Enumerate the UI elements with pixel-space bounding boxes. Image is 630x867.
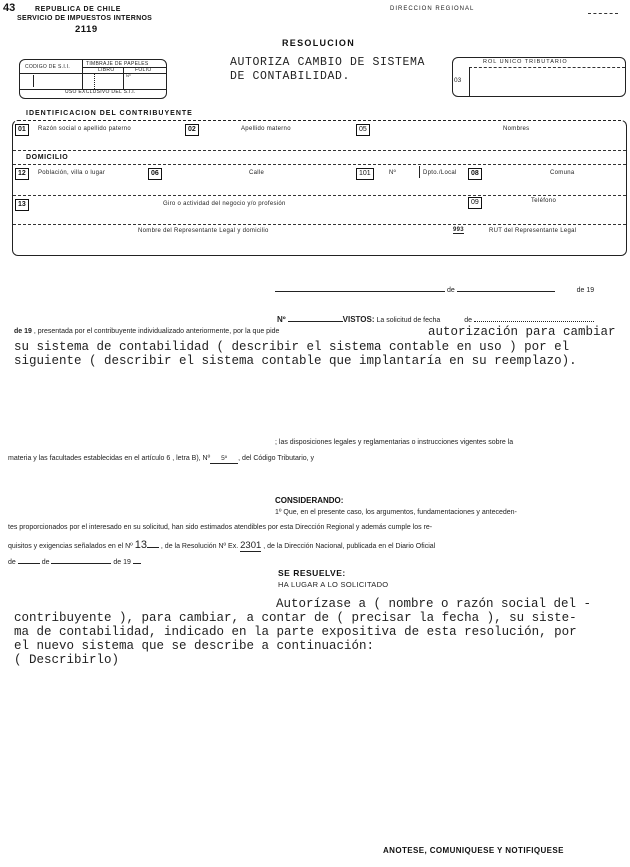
subject-line-2: DE CONTABILIDAD. bbox=[230, 70, 350, 83]
divider bbox=[13, 224, 626, 225]
divider bbox=[94, 73, 95, 89]
subject-line-1: AUTORIZA CAMBIO DE SISTEMA bbox=[230, 56, 425, 69]
divider bbox=[469, 67, 470, 96]
commune-label: Comuna bbox=[550, 170, 574, 176]
considerando-title: CONSIDERANDO: bbox=[275, 496, 343, 505]
document-title: RESOLUCION bbox=[282, 38, 355, 48]
phone-input[interactable] bbox=[493, 211, 618, 223]
typed-resuelve-1: Autorízase a ( nombre o razón social del… bbox=[276, 597, 591, 611]
vistos-line-2: de 19 , presentada por el contribuyente … bbox=[14, 328, 279, 335]
national-direction-text: , de la Dirección Nacional, publicada en… bbox=[263, 543, 435, 550]
number-label: Nº bbox=[389, 170, 396, 176]
field-code-06: 06 bbox=[148, 168, 162, 180]
form-number: 2119 bbox=[75, 24, 98, 35]
regional-office-label: DIRECCION REGIONAL bbox=[390, 6, 474, 12]
date-year-label: de 19 bbox=[577, 287, 595, 294]
phone-label: Teléfono bbox=[531, 198, 556, 204]
request-date-blank[interactable] bbox=[474, 313, 594, 322]
vistos-line2-text: , presentada por el contribuyente indivi… bbox=[34, 328, 280, 335]
typed-resuelve-3: ma de contabilidad, indicado en la parte… bbox=[14, 625, 577, 639]
mothers-surname-input[interactable] bbox=[208, 136, 353, 148]
nr-label: Nº bbox=[126, 73, 131, 78]
gazette-day-blank[interactable] bbox=[18, 555, 40, 564]
mothers-surname-label: Apellido materno bbox=[241, 126, 291, 132]
rut-input[interactable] bbox=[473, 70, 621, 92]
typed-resuelve-4: el nuevo sistema que se describe a conti… bbox=[14, 639, 374, 653]
divider bbox=[82, 67, 166, 68]
requirement-number: 13 bbox=[135, 539, 147, 551]
field-code-101: 101 bbox=[356, 168, 374, 180]
apartment-input[interactable] bbox=[423, 180, 465, 192]
vistos-de-label: de bbox=[464, 317, 472, 324]
taxpayer-section-title: IDENTIFICACION DEL CONTRIBUYENTE bbox=[26, 110, 193, 117]
resolution-number-blank[interactable] bbox=[288, 313, 343, 322]
domicile-title: DOMICILIO bbox=[26, 154, 68, 161]
field-code-13: 13 bbox=[15, 199, 29, 211]
field-code-02: 02 bbox=[185, 124, 199, 136]
vistos-title: VISTOS: bbox=[343, 315, 375, 324]
divider bbox=[13, 150, 626, 151]
divider bbox=[469, 67, 625, 68]
divider bbox=[419, 166, 420, 178]
gazette-de-label: de bbox=[8, 559, 16, 566]
surname-label: Razón social o apellido paterno bbox=[38, 126, 131, 132]
number-input[interactable] bbox=[378, 180, 418, 192]
business-activity-input[interactable] bbox=[33, 211, 463, 223]
blank bbox=[147, 539, 159, 548]
gazette-de-label-2: de bbox=[42, 559, 50, 566]
sii-code-label: CODIGO DE S.I.I. bbox=[25, 64, 70, 70]
closing-statement: ANOTESE, COMUNIQUESE Y NOTIFIQUESE bbox=[383, 846, 564, 855]
divider bbox=[123, 67, 124, 89]
locality-input[interactable] bbox=[33, 180, 143, 192]
legal-rep-input[interactable] bbox=[33, 238, 443, 252]
typed-resuelve-5: ( Describirlo) bbox=[14, 653, 119, 667]
locality-label: Población, villa o lugar bbox=[38, 170, 105, 176]
divider bbox=[82, 60, 83, 89]
vistos-year-label: de 19 bbox=[14, 328, 32, 335]
considerando-line-4: de de de 19 bbox=[8, 555, 141, 566]
place-day-blank[interactable] bbox=[275, 283, 445, 292]
date-de-label: de bbox=[447, 287, 455, 294]
street-label: Calle bbox=[249, 170, 264, 176]
legal-article-number: 5º bbox=[210, 455, 238, 464]
street-input[interactable] bbox=[168, 180, 353, 192]
rut-field-code: 03 bbox=[454, 77, 461, 84]
resolution-ex-number: 2301 bbox=[240, 540, 261, 552]
typed-vistos-1: autorización para cambiar bbox=[428, 325, 616, 339]
commune-input[interactable] bbox=[488, 180, 618, 192]
sii-exclusive-box: CODIGO DE S.I.I. TIMBRAJE DE PAPELES LIB… bbox=[19, 59, 167, 99]
field-code-12: 12 bbox=[15, 168, 29, 180]
vistos-text: La solicitud de fecha bbox=[376, 317, 440, 324]
surname-input[interactable] bbox=[33, 136, 183, 148]
considerando-line-2: tes proporcionados por el interesado en … bbox=[8, 524, 432, 531]
country-label: REPUBLICA DE CHILE bbox=[35, 6, 121, 13]
resolution-ref-text: , de la Resolución Nº Ex. bbox=[161, 543, 238, 550]
typed-vistos-3: siguiente ( describir el sistema contabl… bbox=[14, 354, 577, 368]
names-input[interactable] bbox=[378, 136, 618, 148]
business-activity-label: Giro o actividad del negocio y/o profesi… bbox=[163, 201, 286, 207]
agency-label: SERVICIO DE IMPUESTOS INTERNOS bbox=[17, 15, 152, 22]
legal-rep-label: Nombre del Representante Legal y domicil… bbox=[138, 228, 269, 234]
typed-vistos-2: su sistema de contabilidad ( describir e… bbox=[14, 340, 569, 354]
field-code-08: 08 bbox=[468, 168, 482, 180]
legal-rep-rut-input[interactable] bbox=[489, 238, 619, 252]
resolution-no-label: Nº bbox=[277, 315, 286, 324]
month-blank[interactable] bbox=[457, 283, 555, 292]
rut-box: ROL UNICO TRIBUTARIO 03 bbox=[452, 57, 626, 97]
legal-article-text: materia y las facultades establecidas en… bbox=[8, 455, 210, 462]
gazette-year-blank[interactable] bbox=[133, 555, 141, 564]
resuelve-subtitle: HA LUGAR A LO SOLICITADO bbox=[278, 580, 388, 589]
taxpayer-form: 01 Razón social o apellido paterno 02 Ap… bbox=[12, 120, 627, 256]
vistos-line: Nº VISTOS: La solicitud de fecha de bbox=[277, 313, 594, 324]
date-line: de de 19 bbox=[275, 283, 594, 294]
field-code-09: 09 bbox=[468, 197, 482, 209]
considerando-line-3: quisitos y exigencias señalados en el Nº… bbox=[8, 539, 435, 551]
considerando-line-1: 1º Que, en el presente caso, los argumen… bbox=[275, 509, 517, 516]
resuelve-title: SE RESUELVE: bbox=[278, 568, 346, 578]
names-label: Nombres bbox=[503, 126, 529, 132]
gazette-year-label: de 19 bbox=[113, 559, 131, 566]
divider bbox=[13, 195, 626, 196]
typed-resuelve-2: contribuyente ), para cambiar, a contar … bbox=[14, 611, 577, 625]
regional-office-blank[interactable] bbox=[588, 13, 618, 14]
sii-exclusive-footer: USO EXCLUSIVO DEL S.I.I. bbox=[65, 89, 136, 95]
field-code-01: 01 bbox=[15, 124, 29, 136]
page-number: 43 bbox=[3, 2, 15, 14]
requirements-text: quisitos y exigencias señalados en el Nº bbox=[8, 543, 133, 550]
rut-label: ROL UNICO TRIBUTARIO bbox=[483, 59, 568, 65]
legal-line-2: materia y las facultades establecidas en… bbox=[8, 455, 314, 464]
divider bbox=[20, 73, 166, 74]
legal-code-text: , del Código Tributario, y bbox=[238, 455, 314, 462]
legal-rep-rut-label: RUT del Representante Legal bbox=[489, 228, 576, 234]
divider bbox=[13, 164, 626, 165]
gazette-month-blank[interactable] bbox=[51, 555, 111, 564]
legal-line-1: ; las disposiciones legales y reglamenta… bbox=[275, 439, 513, 446]
field-code-05: 05 bbox=[356, 124, 370, 136]
field-code-993: 993 bbox=[453, 227, 464, 234]
apartment-label: Dpto./Local bbox=[423, 170, 457, 176]
divider bbox=[33, 75, 34, 87]
